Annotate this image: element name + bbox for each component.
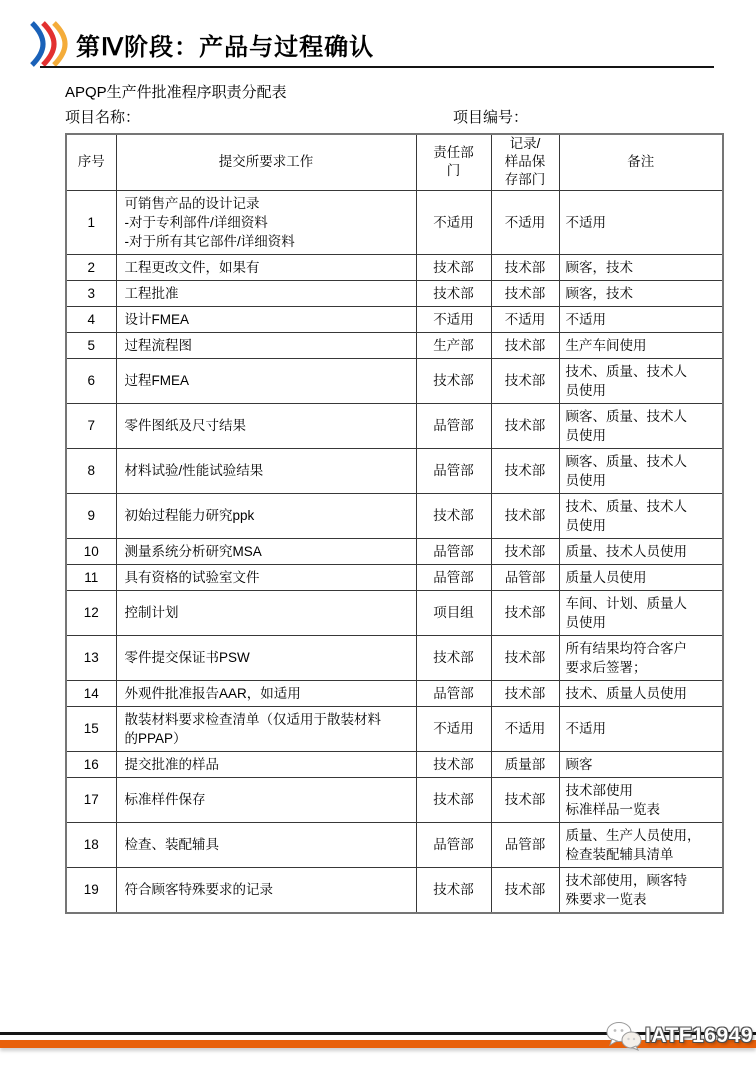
- col-header-no: 序号: [66, 134, 116, 190]
- work-cell: 零件图纸及尺寸结果: [116, 403, 416, 448]
- row-number-cell: 5: [66, 332, 116, 358]
- table-row: 16提交批准的样品技术部质量部顾客: [66, 751, 723, 777]
- table-row: 15散装材料要求检查清单（仅适用于散装材料 的PPAP）不适用不适用不适用: [66, 706, 723, 751]
- work-cell: 工程更改文件，如果有: [116, 254, 416, 280]
- work-cell: 材料试验/性能试验结果: [116, 448, 416, 493]
- record-dept-cell: 质量部: [491, 751, 559, 777]
- responsible-dept-cell: 品管部: [416, 680, 491, 706]
- row-number-cell: 19: [66, 867, 116, 913]
- watermark: IATF16949: [606, 1021, 753, 1051]
- remark-cell: 生产车间使用: [559, 332, 723, 358]
- row-number-cell: 16: [66, 751, 116, 777]
- table-header-row: 序号 提交所要求工作 责任部 门 记录/ 样品保 存部门 备注: [66, 134, 723, 190]
- work-cell: 过程流程图: [116, 332, 416, 358]
- work-cell: 外观件批准报告AAR，如适用: [116, 680, 416, 706]
- remark-cell: 技术、质量人员使用: [559, 680, 723, 706]
- work-cell: 工程批准: [116, 280, 416, 306]
- responsible-dept-cell: 技术部: [416, 358, 491, 403]
- remark-cell: 顾客、质量、技术人 员使用: [559, 448, 723, 493]
- remark-cell: 车间、计划、质量人 员使用: [559, 590, 723, 635]
- row-number-cell: 10: [66, 538, 116, 564]
- table-row: 3工程批准技术部技术部顾客，技术: [66, 280, 723, 306]
- record-dept-cell: 技术部: [491, 448, 559, 493]
- table-row: 9初始过程能力研究ppk技术部技术部技术、质量、技术人 员使用: [66, 493, 723, 538]
- table-body: 1可销售产品的设计记录 -对于专利部件/详细资料 -对于所有其它部件/详细资料不…: [66, 190, 723, 913]
- work-cell: 检查、装配辅具: [116, 822, 416, 867]
- row-number-cell: 14: [66, 680, 116, 706]
- record-dept-cell: 技术部: [491, 403, 559, 448]
- record-dept-cell: 不适用: [491, 190, 559, 254]
- responsible-dept-cell: 技术部: [416, 493, 491, 538]
- table-row: 13零件提交保证书PSW技术部技术部所有结果均符合客户 要求后签署；: [66, 635, 723, 680]
- table-row: 1可销售产品的设计记录 -对于专利部件/详细资料 -对于所有其它部件/详细资料不…: [66, 190, 723, 254]
- title-divider: [40, 66, 714, 68]
- record-dept-cell: 技术部: [491, 254, 559, 280]
- page-title: 第Ⅳ阶段：产品与过程确认: [76, 27, 374, 62]
- record-dept-cell: 技术部: [491, 332, 559, 358]
- table-row: 8材料试验/性能试验结果品管部技术部顾客、质量、技术人 员使用: [66, 448, 723, 493]
- remark-cell: 质量、生产人员使用， 检查装配辅具清单: [559, 822, 723, 867]
- responsible-dept-cell: 不适用: [416, 190, 491, 254]
- row-number-cell: 13: [66, 635, 116, 680]
- logo-chevrons-icon: [27, 21, 69, 67]
- record-dept-cell: 技术部: [491, 590, 559, 635]
- remark-cell: 技术、质量、技术人 员使用: [559, 493, 723, 538]
- remark-cell: 不适用: [559, 190, 723, 254]
- row-number-cell: 2: [66, 254, 116, 280]
- wechat-icon: [606, 1021, 642, 1051]
- remark-cell: 技术部使用 标准样品一览表: [559, 777, 723, 822]
- table-row: 2工程更改文件，如果有技术部技术部顾客，技术: [66, 254, 723, 280]
- row-number-cell: 6: [66, 358, 116, 403]
- table-row: 19符合顾客特殊要求的记录技术部技术部技术部使用，顾客特 殊要求一览表: [66, 867, 723, 913]
- doc-subtitle: APQP生产件批准程序职责分配表: [65, 81, 287, 102]
- table-row: 10测量系统分析研究MSA品管部技术部质量、技术人员使用: [66, 538, 723, 564]
- table-row: 18检查、装配辅具品管部品管部质量、生产人员使用， 检查装配辅具清单: [66, 822, 723, 867]
- responsible-dept-cell: 技术部: [416, 635, 491, 680]
- responsible-dept-cell: 不适用: [416, 706, 491, 751]
- responsible-dept-cell: 品管部: [416, 448, 491, 493]
- responsible-dept-cell: 技术部: [416, 280, 491, 306]
- table-row: 6过程FMEA技术部技术部技术、质量、技术人 员使用: [66, 358, 723, 403]
- responsible-dept-cell: 项目组: [416, 590, 491, 635]
- row-number-cell: 1: [66, 190, 116, 254]
- work-cell: 提交批准的样品: [116, 751, 416, 777]
- responsibility-table: 序号 提交所要求工作 责任部 门 记录/ 样品保 存部门 备注 1可销售产品的设…: [65, 133, 724, 914]
- row-number-cell: 7: [66, 403, 116, 448]
- work-cell: 零件提交保证书PSW: [116, 635, 416, 680]
- row-number-cell: 15: [66, 706, 116, 751]
- record-dept-cell: 不适用: [491, 706, 559, 751]
- record-dept-cell: 技术部: [491, 680, 559, 706]
- record-dept-cell: 品管部: [491, 564, 559, 590]
- record-dept-cell: 技术部: [491, 493, 559, 538]
- remark-cell: 顾客，技术: [559, 254, 723, 280]
- page: 第Ⅳ阶段：产品与过程确认 APQP生产件批准程序职责分配表 项目名称： 项目编号…: [0, 0, 756, 1070]
- row-number-cell: 9: [66, 493, 116, 538]
- table-row: 17标准样件保存技术部技术部技术部使用 标准样品一览表: [66, 777, 723, 822]
- remark-cell: 不适用: [559, 306, 723, 332]
- work-cell: 散装材料要求检查清单（仅适用于散装材料 的PPAP）: [116, 706, 416, 751]
- work-cell: 符合顾客特殊要求的记录: [116, 867, 416, 913]
- record-dept-cell: 技术部: [491, 867, 559, 913]
- project-no-label: 项目编号：: [453, 106, 528, 127]
- row-number-cell: 4: [66, 306, 116, 332]
- record-dept-cell: 品管部: [491, 822, 559, 867]
- work-cell: 具有资格的试验室文件: [116, 564, 416, 590]
- row-number-cell: 18: [66, 822, 116, 867]
- remark-cell: 技术、质量、技术人 员使用: [559, 358, 723, 403]
- watermark-text: IATF16949: [645, 1024, 753, 1048]
- col-header-record-dept: 记录/ 样品保 存部门: [491, 134, 559, 190]
- responsible-dept-cell: 品管部: [416, 403, 491, 448]
- record-dept-cell: 技术部: [491, 538, 559, 564]
- remark-cell: 顾客、质量、技术人 员使用: [559, 403, 723, 448]
- record-dept-cell: 不适用: [491, 306, 559, 332]
- table-row: 5过程流程图生产部技术部生产车间使用: [66, 332, 723, 358]
- row-number-cell: 17: [66, 777, 116, 822]
- table-row: 7零件图纸及尺寸结果品管部技术部顾客、质量、技术人 员使用: [66, 403, 723, 448]
- record-dept-cell: 技术部: [491, 635, 559, 680]
- responsible-dept-cell: 品管部: [416, 538, 491, 564]
- remark-cell: 所有结果均符合客户 要求后签署；: [559, 635, 723, 680]
- remark-cell: 顾客: [559, 751, 723, 777]
- remark-cell: 顾客，技术: [559, 280, 723, 306]
- table-row: 11具有资格的试验室文件品管部品管部质量人员使用: [66, 564, 723, 590]
- work-cell: 测量系统分析研究MSA: [116, 538, 416, 564]
- work-cell: 标准样件保存: [116, 777, 416, 822]
- responsible-dept-cell: 技术部: [416, 867, 491, 913]
- remark-cell: 不适用: [559, 706, 723, 751]
- row-number-cell: 12: [66, 590, 116, 635]
- responsible-dept-cell: 生产部: [416, 332, 491, 358]
- responsible-dept-cell: 技术部: [416, 254, 491, 280]
- responsible-dept-cell: 品管部: [416, 822, 491, 867]
- record-dept-cell: 技术部: [491, 280, 559, 306]
- remark-cell: 质量、技术人员使用: [559, 538, 723, 564]
- record-dept-cell: 技术部: [491, 777, 559, 822]
- work-cell: 可销售产品的设计记录 -对于专利部件/详细资料 -对于所有其它部件/详细资料: [116, 190, 416, 254]
- col-header-work: 提交所要求工作: [116, 134, 416, 190]
- row-number-cell: 11: [66, 564, 116, 590]
- row-number-cell: 3: [66, 280, 116, 306]
- work-cell: 过程FMEA: [116, 358, 416, 403]
- responsible-dept-cell: 技术部: [416, 777, 491, 822]
- responsible-dept-cell: 技术部: [416, 751, 491, 777]
- work-cell: 控制计划: [116, 590, 416, 635]
- project-name-label: 项目名称：: [65, 106, 140, 127]
- work-cell: 设计FMEA: [116, 306, 416, 332]
- responsible-dept-cell: 不适用: [416, 306, 491, 332]
- work-cell: 初始过程能力研究ppk: [116, 493, 416, 538]
- record-dept-cell: 技术部: [491, 358, 559, 403]
- table-row: 12控制计划项目组技术部车间、计划、质量人 员使用: [66, 590, 723, 635]
- responsible-dept-cell: 品管部: [416, 564, 491, 590]
- remark-cell: 质量人员使用: [559, 564, 723, 590]
- table-row: 4设计FMEA不适用不适用不适用: [66, 306, 723, 332]
- row-number-cell: 8: [66, 448, 116, 493]
- remark-cell: 技术部使用，顾客特 殊要求一览表: [559, 867, 723, 913]
- table-row: 14外观件批准报告AAR，如适用品管部技术部技术、质量人员使用: [66, 680, 723, 706]
- col-header-remark: 备注: [559, 134, 723, 190]
- col-header-responsible-dept: 责任部 门: [416, 134, 491, 190]
